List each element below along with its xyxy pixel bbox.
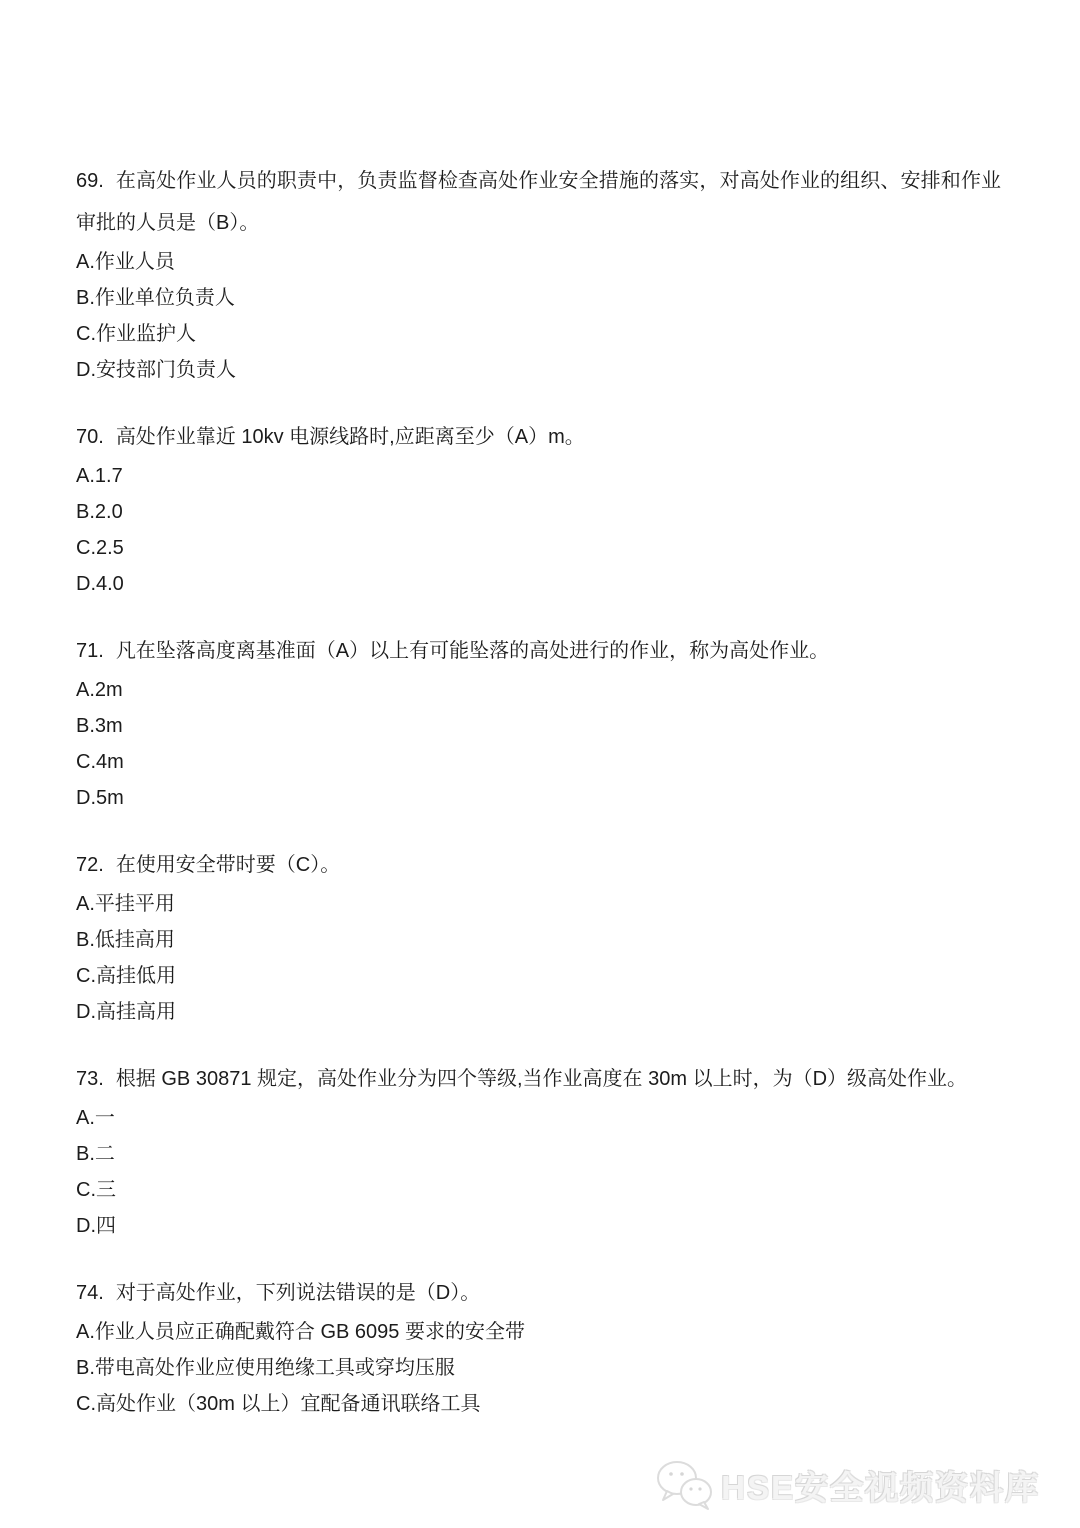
option-c: C.2.5 [76,530,1001,566]
question-body: 凡在坠落高度离基准面（A）以上有可能坠落的高处进行的作业，称为高处作业。 [116,640,829,662]
option-a: A.平挂平用 [76,886,1001,922]
option-d: D.高挂高用 [76,994,1001,1030]
question-number: 72. [76,854,104,876]
question-number: 69. [76,170,104,192]
question-block-72: 72.在使用安全带时要（C）。 A.平挂平用 B.低挂高用 C.高挂低用 D.高… [76,844,1001,1030]
option-c: C.高处作业（30m 以上）宜配备通讯联络工具 [76,1386,1001,1422]
question-list: 69.在高处作业人员的职责中，负责监督检查高处作业安全措施的落实，对高处作业的组… [76,160,1001,1450]
question-text: 69.在高处作业人员的职责中，负责监督检查高处作业安全措施的落实，对高处作业的组… [76,160,1001,244]
question-body: 在高处作业人员的职责中，负责监督检查高处作业安全措施的落实，对高处作业的组织、安… [76,170,1001,234]
question-body: 高处作业靠近 10kv 电源线路时,应距离至少（A）m。 [116,426,585,448]
option-b: B.二 [76,1136,1001,1172]
question-block-74: 74.对于高处作业，下列说法错误的是（D）。 A.作业人员应正确配戴符合 GB … [76,1272,1001,1422]
question-body: 对于高处作业，下列说法错误的是（D）。 [116,1282,480,1304]
question-text: 73.根据 GB 30871 规定，高处作业分为四个等级,当作业高度在 30m … [76,1058,1001,1100]
option-a: A.作业人员应正确配戴符合 GB 6095 要求的安全带 [76,1314,1001,1350]
question-block-71: 71.凡在坠落高度离基准面（A）以上有可能坠落的高处进行的作业，称为高处作业。 … [76,630,1001,816]
question-number: 70. [76,426,104,448]
question-block-69: 69.在高处作业人员的职责中，负责监督检查高处作业安全措施的落实，对高处作业的组… [76,160,1001,388]
watermark: HSE安全视频资料库 [653,1458,1040,1512]
question-text: 72.在使用安全带时要（C）。 [76,844,1001,886]
option-a: A.一 [76,1100,1001,1136]
question-text: 71.凡在坠落高度离基准面（A）以上有可能坠落的高处进行的作业，称为高处作业。 [76,630,1001,672]
option-d: D.四 [76,1208,1001,1244]
option-a: A.作业人员 [76,244,1001,280]
option-c: C.高挂低用 [76,958,1001,994]
question-number: 73. [76,1068,104,1090]
question-text: 74.对于高处作业，下列说法错误的是（D）。 [76,1272,1001,1314]
option-a: A.2m [76,672,1001,708]
option-c: C.作业监护人 [76,316,1001,352]
option-c: C.三 [76,1172,1001,1208]
option-c: C.4m [76,744,1001,780]
option-d: D.安技部门负责人 [76,352,1001,388]
question-block-73: 73.根据 GB 30871 规定，高处作业分为四个等级,当作业高度在 30m … [76,1058,1001,1244]
question-number: 71. [76,640,104,662]
option-b: B.3m [76,708,1001,744]
option-a: A.1.7 [76,458,1001,494]
option-b: B.作业单位负责人 [76,280,1001,316]
document-page: 69.在高处作业人员的职责中，负责监督检查高处作业安全措施的落实，对高处作业的组… [0,0,1080,1528]
option-b: B.低挂高用 [76,922,1001,958]
question-body: 根据 GB 30871 规定，高处作业分为四个等级,当作业高度在 30m 以上时… [116,1068,967,1090]
option-b: B.带电高处作业应使用绝缘工具或穿均压服 [76,1350,1001,1386]
question-body: 在使用安全带时要（C）。 [116,854,340,876]
question-number: 74. [76,1282,104,1304]
wechat-icon [653,1458,715,1512]
watermark-text: HSE安全视频资料库 [721,1462,1040,1509]
option-d: D.5m [76,780,1001,816]
option-b: B.2.0 [76,494,1001,530]
question-block-70: 70.高处作业靠近 10kv 电源线路时,应距离至少（A）m。 A.1.7 B.… [76,416,1001,602]
question-text: 70.高处作业靠近 10kv 电源线路时,应距离至少（A）m。 [76,416,1001,458]
option-d: D.4.0 [76,566,1001,602]
